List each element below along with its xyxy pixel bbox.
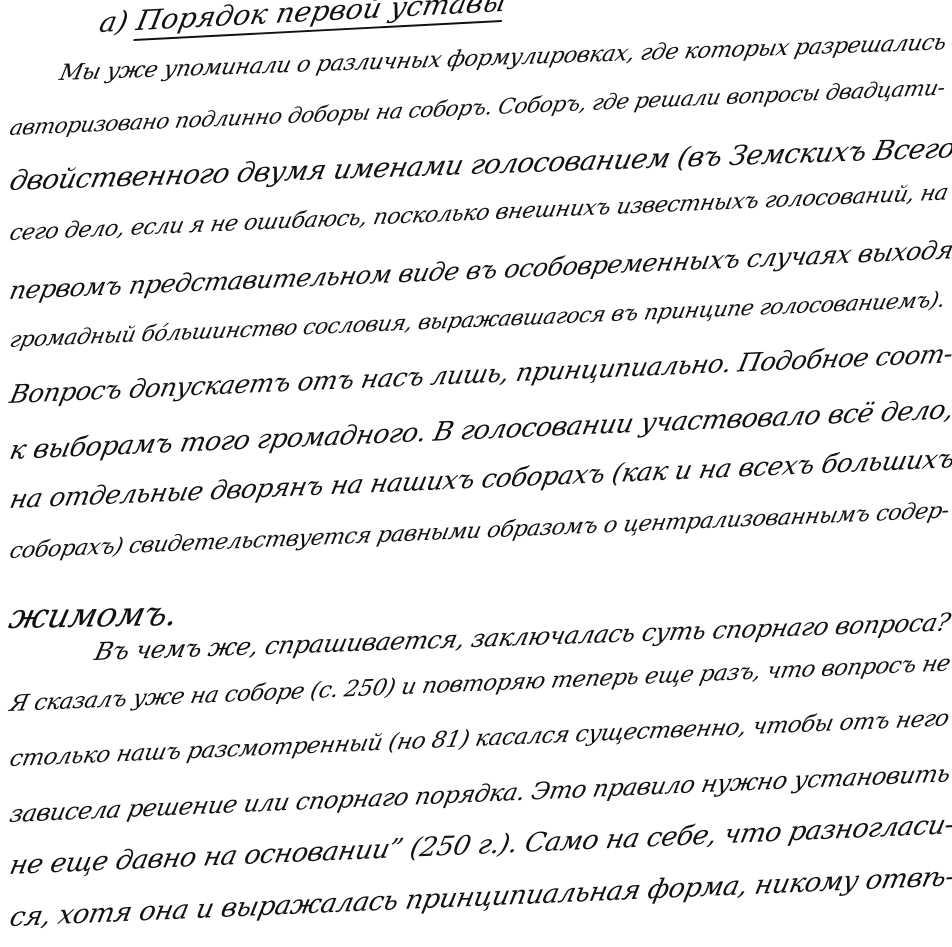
section-marker: а) xyxy=(97,5,131,39)
manuscript-line-2: авторизовано подлинно доборы на соборъ. … xyxy=(8,78,947,140)
manuscript-line-7: Вопросъ допускаетъ отъ насъ лишь, принци… xyxy=(7,342,952,408)
manuscript-line-11: жимомъ. xyxy=(6,597,181,634)
manuscript-line-10: соборахъ) свидетельствуется равными обра… xyxy=(8,499,951,562)
manuscript-line-6: громадный бόльшинство сословия, выражавш… xyxy=(8,290,947,352)
section-title: Порядок первой уставы xyxy=(133,0,509,41)
manuscript-line-1: Мы уже упоминали о различных формулировк… xyxy=(58,31,948,84)
section-heading: а) Порядок первой уставы xyxy=(97,0,510,39)
manuscript-page: а) Порядок первой уставы Мы уже упоминал… xyxy=(0,0,952,947)
manuscript-line-14: столько нашъ разсмотренный (но 81) касал… xyxy=(8,707,951,770)
